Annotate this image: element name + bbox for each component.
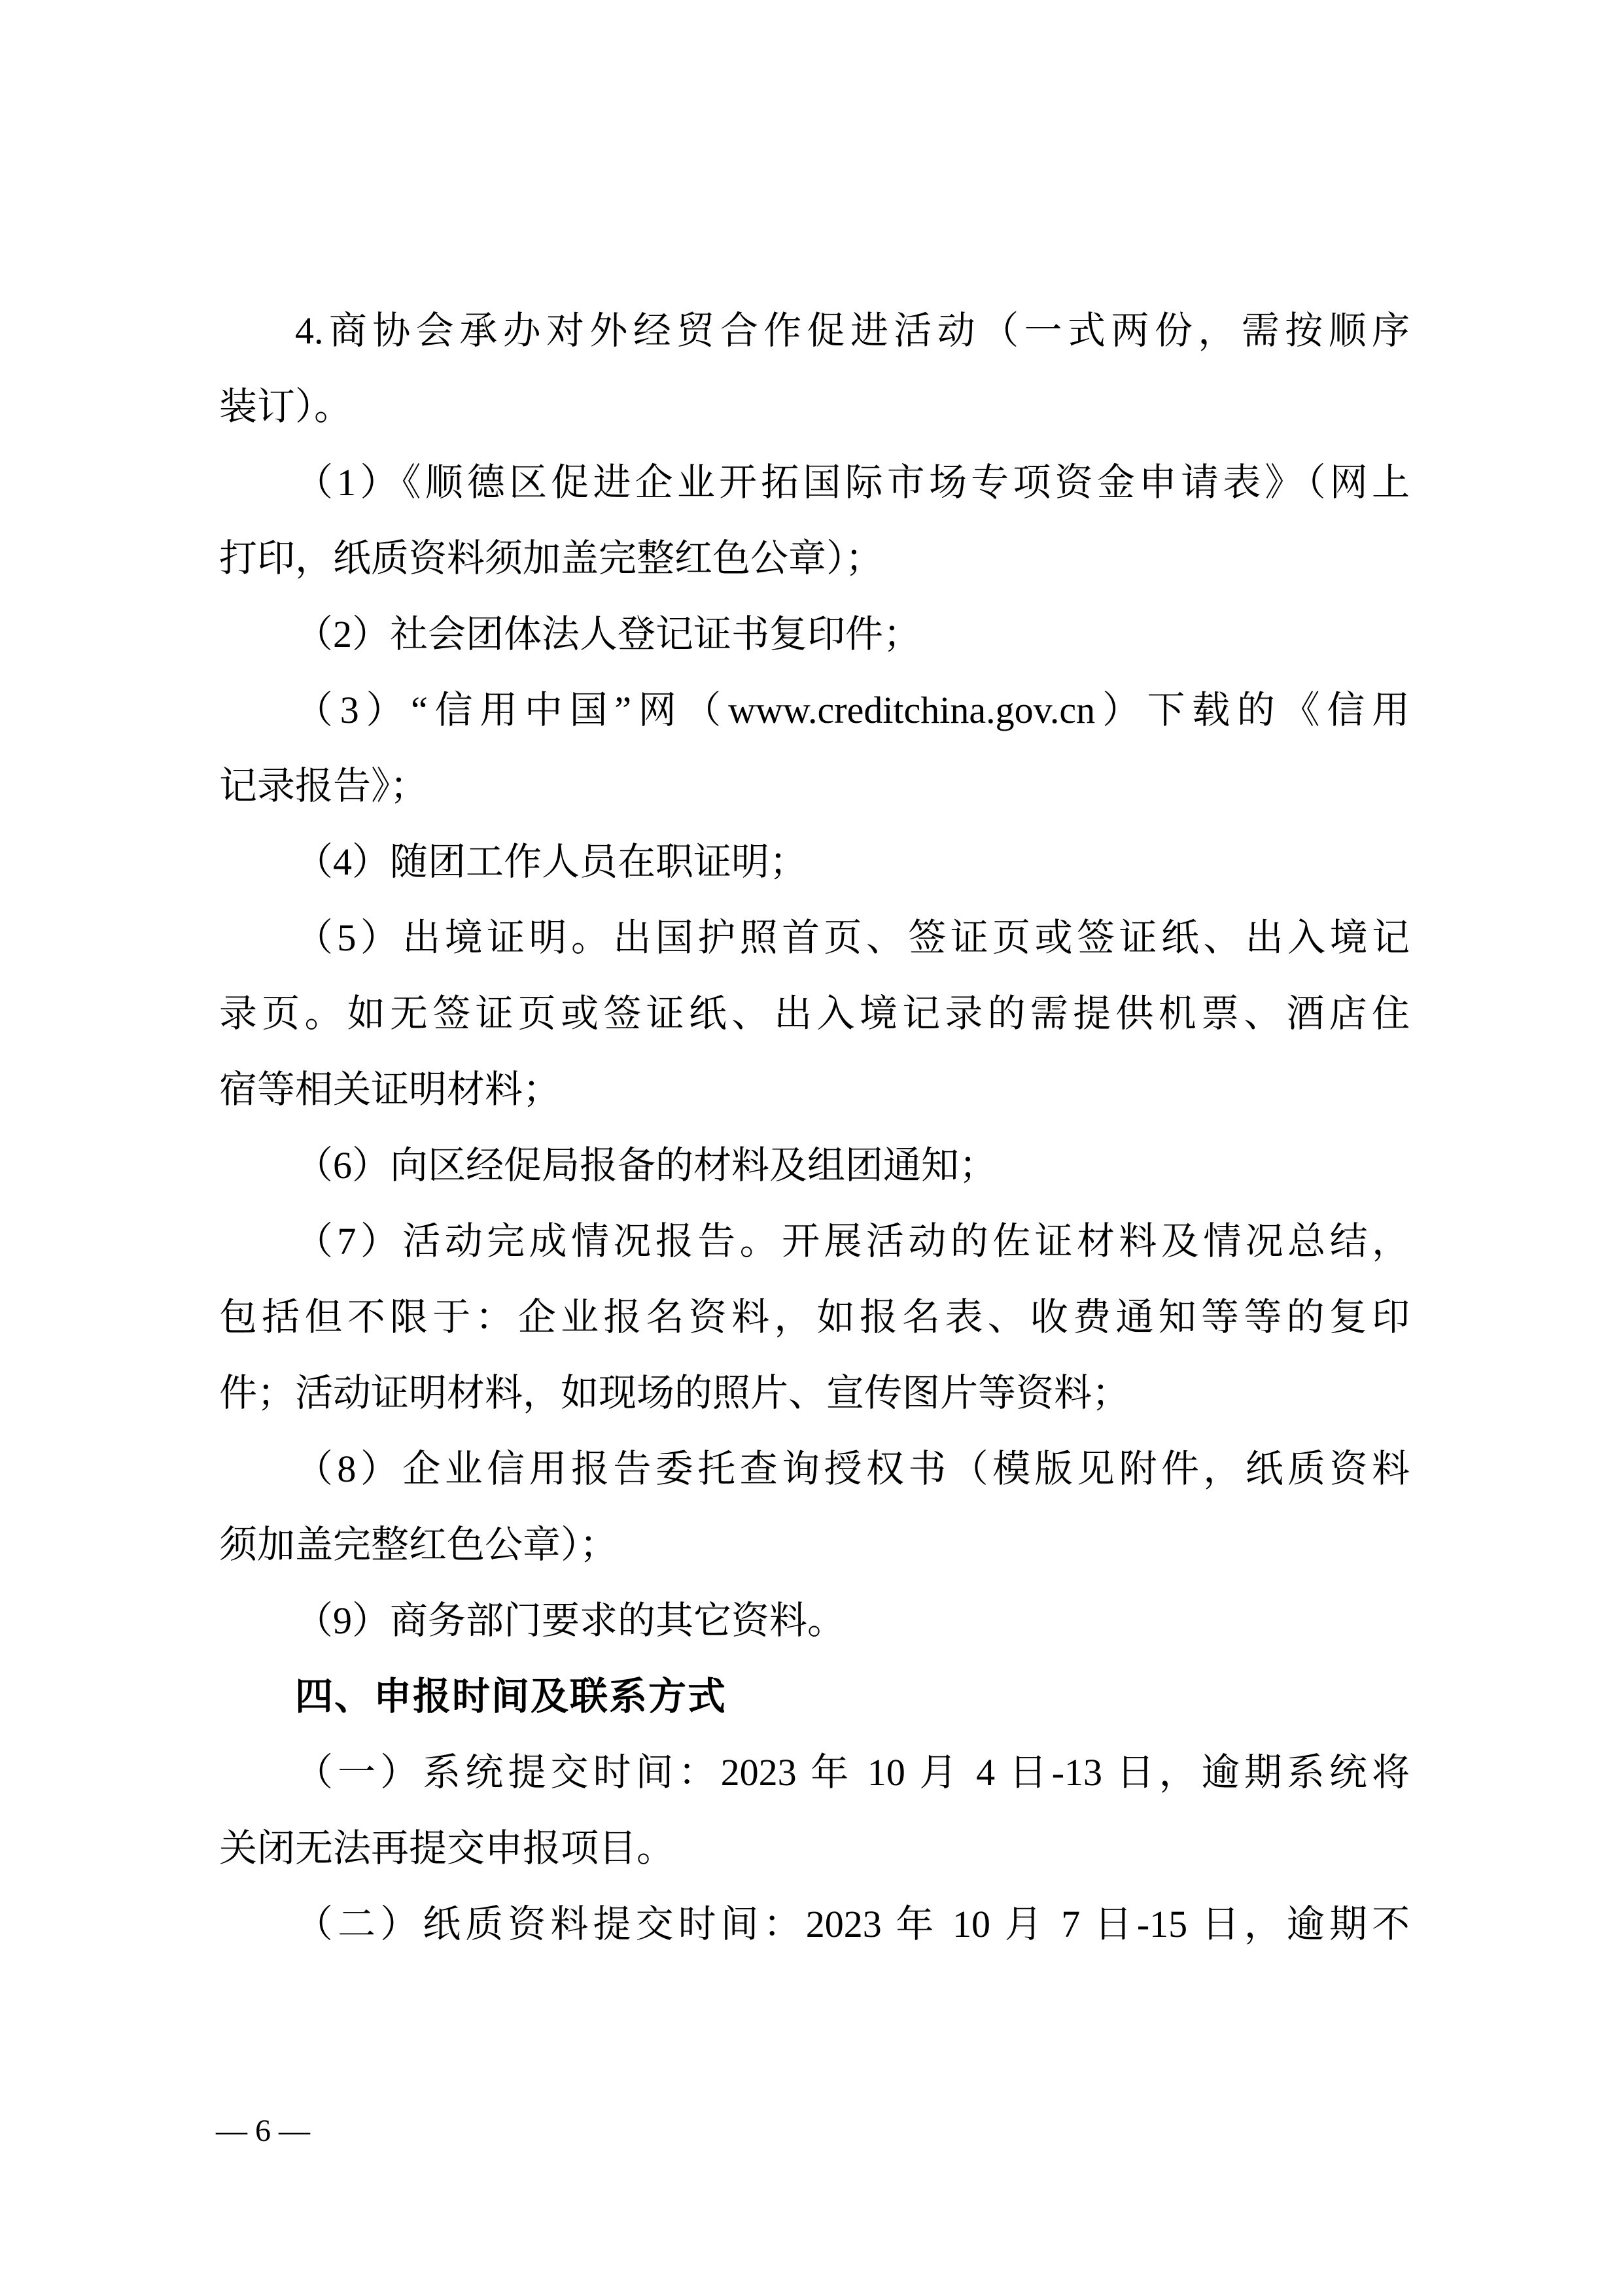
text-line: 件；活动证明材料，如现场的照片、宣传图片等资料； <box>219 1355 1410 1431</box>
text-line: （2）社会团体法人登记证书复印件； <box>219 597 1410 672</box>
text-line: 打印，纸质资料须加盖完整红色公章）； <box>219 521 1410 597</box>
section-heading: 四、申报时间及联系方式 <box>219 1659 1410 1735</box>
text-line: 须加盖完整红色公章）； <box>219 1507 1410 1583</box>
text-line: （二）纸质资料提交时间：2023 年 10 月 7 日-15 日，逾期不 <box>219 1887 1410 1962</box>
text-line: （3）“信用中国”网（www.creditchina.gov.cn）下载的《信用 <box>219 672 1410 748</box>
document-body: 4.商协会承办对外经贸合作促进活动（一式两份，需按顺序装订）。（1）《顺德区促进… <box>219 293 1410 1962</box>
text-line: （1）《顺德区促进企业开拓国际市场专项资金申请表》（网上 <box>219 445 1410 521</box>
page-number: — 6 — <box>216 2112 310 2151</box>
text-line: 包括但不限于：企业报名资料，如报名表、收费通知等等的复印 <box>219 1279 1410 1355</box>
text-line: 录页。如无签证页或签证纸、出入境记录的需提供机票、酒店住 <box>219 976 1410 1052</box>
document-page: 4.商协会承办对外经贸合作促进活动（一式两份，需按顺序装订）。（1）《顺德区促进… <box>0 0 1623 2296</box>
text-line: （4）随团工作人员在职证明； <box>219 824 1410 900</box>
text-line: 装订）。 <box>219 369 1410 445</box>
text-line: 关闭无法再提交申报项目。 <box>219 1811 1410 1887</box>
text-line: （7）活动完成情况报告。开展活动的佐证材料及情况总结， <box>219 1204 1410 1279</box>
text-line: 4.商协会承办对外经贸合作促进活动（一式两份，需按顺序 <box>219 293 1410 369</box>
text-line: （5）出境证明。出国护照首页、签证页或签证纸、出入境记 <box>219 900 1410 976</box>
text-line: 记录报告》； <box>219 748 1410 824</box>
text-line: 宿等相关证明材料； <box>219 1052 1410 1128</box>
text-line: （9）商务部门要求的其它资料。 <box>219 1583 1410 1659</box>
text-line: （8）企业信用报告委托查询授权书（模版见附件，纸质资料 <box>219 1431 1410 1507</box>
text-line: （6）向区经促局报备的材料及组团通知； <box>219 1128 1410 1204</box>
text-line: （一）系统提交时间：2023 年 10 月 4 日-13 日，逾期系统将 <box>219 1735 1410 1811</box>
